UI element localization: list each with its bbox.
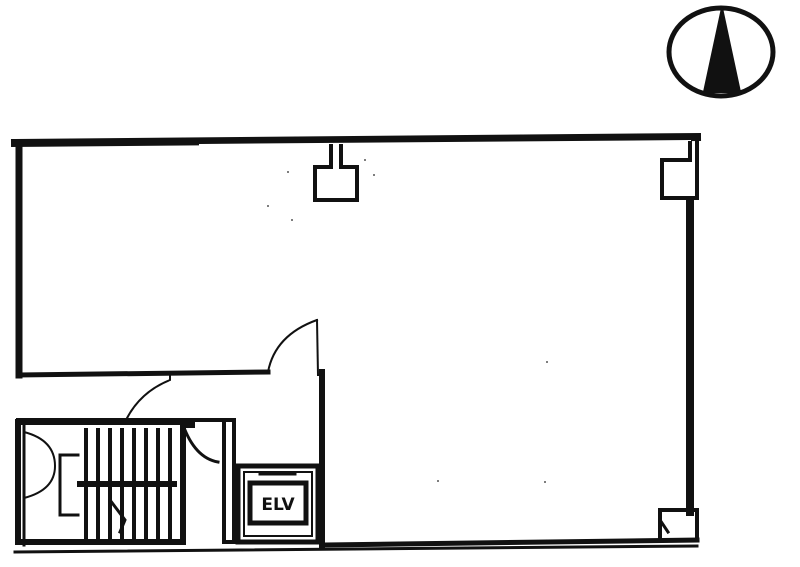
north-arrow-icon [704, 8, 740, 92]
column-top-right [662, 143, 697, 198]
pillar [224, 420, 234, 542]
floor-plan: ELV [0, 0, 800, 567]
doors [126, 320, 318, 420]
staircase [18, 420, 222, 545]
elevator-label: ELV [261, 495, 295, 515]
column-top [315, 146, 357, 200]
scan-noise [267, 159, 548, 483]
compass [669, 8, 773, 96]
